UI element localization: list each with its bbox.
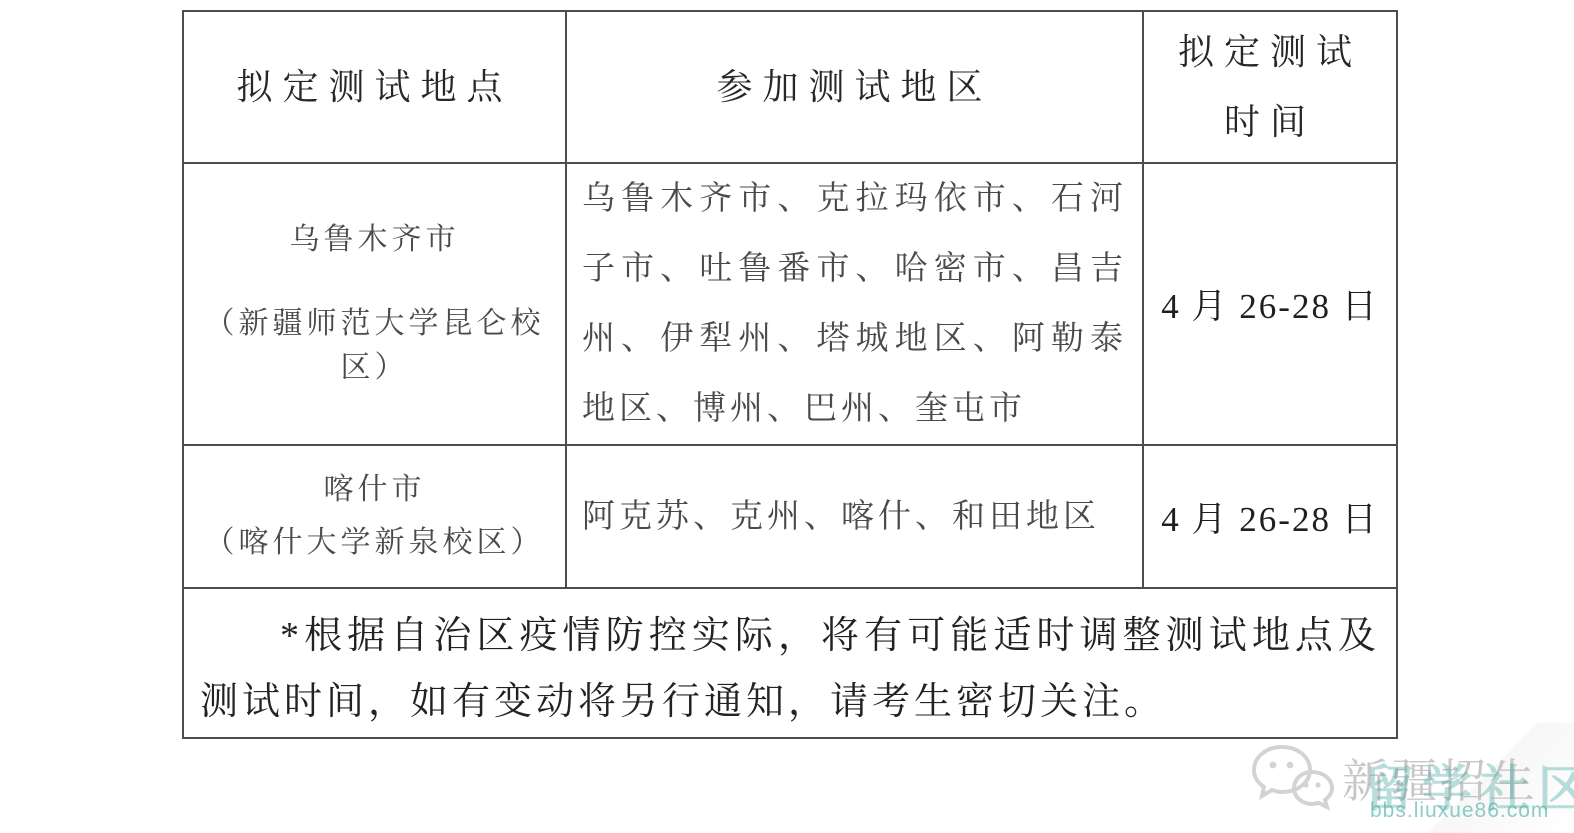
row-kashgar-areas-cell: 阿克苏、克州、喀什、和田地区 <box>567 446 1144 589</box>
row-kashgar-location-cell: 喀什市 （喀什大学新泉校区） <box>184 446 567 589</box>
location-campus: （喀什大学新泉校区） <box>205 521 545 565</box>
watermark-url-text: bbs.liuxue86.com <box>1370 799 1549 823</box>
watermark: 新疆招生 留学社区 bbs.liuxue86.com <box>1248 735 1568 831</box>
location-city: 乌鲁木齐市 <box>290 218 460 262</box>
areas-text: 乌鲁木齐市、克拉玛依市、石河子市、吐鲁番市、哈密市、昌吉州、伊犁州、塔城地区、阿… <box>567 164 1142 444</box>
row-urumqi-time-cell: 4 月 26-28 日 <box>1144 164 1396 446</box>
location-campus: （新疆师范大学昆仑校区） <box>192 302 557 390</box>
row-kashgar-time-cell: 4 月 26-28 日 <box>1144 446 1396 589</box>
areas-text: 阿克苏、克州、喀什、和田地区 <box>567 495 1142 539</box>
row-urumqi-location-cell: 乌鲁木齐市 （新疆师范大学昆仑校区） <box>184 164 567 446</box>
header-test-areas: 参加测试地区 <box>567 12 1144 164</box>
test-schedule-table: 拟定测试地点 参加测试地区 拟定测试时间 乌鲁木齐市 （新疆师范大学昆仑校区） … <box>182 10 1398 739</box>
header-test-time: 拟定测试时间 <box>1144 12 1396 164</box>
wechat-icon <box>1248 741 1340 817</box>
header-test-location: 拟定测试地点 <box>184 12 567 164</box>
location-city: 喀什市 <box>324 468 426 512</box>
row-urumqi-areas-cell: 乌鲁木齐市、克拉玛依市、石河子市、吐鲁番市、哈密市、昌吉州、伊犁州、塔城地区、阿… <box>567 164 1144 446</box>
table-footnote: *根据自治区疫情防控实际，将有可能适时调整测试地点及测试时间，如有变动将另行通知… <box>184 589 1396 737</box>
